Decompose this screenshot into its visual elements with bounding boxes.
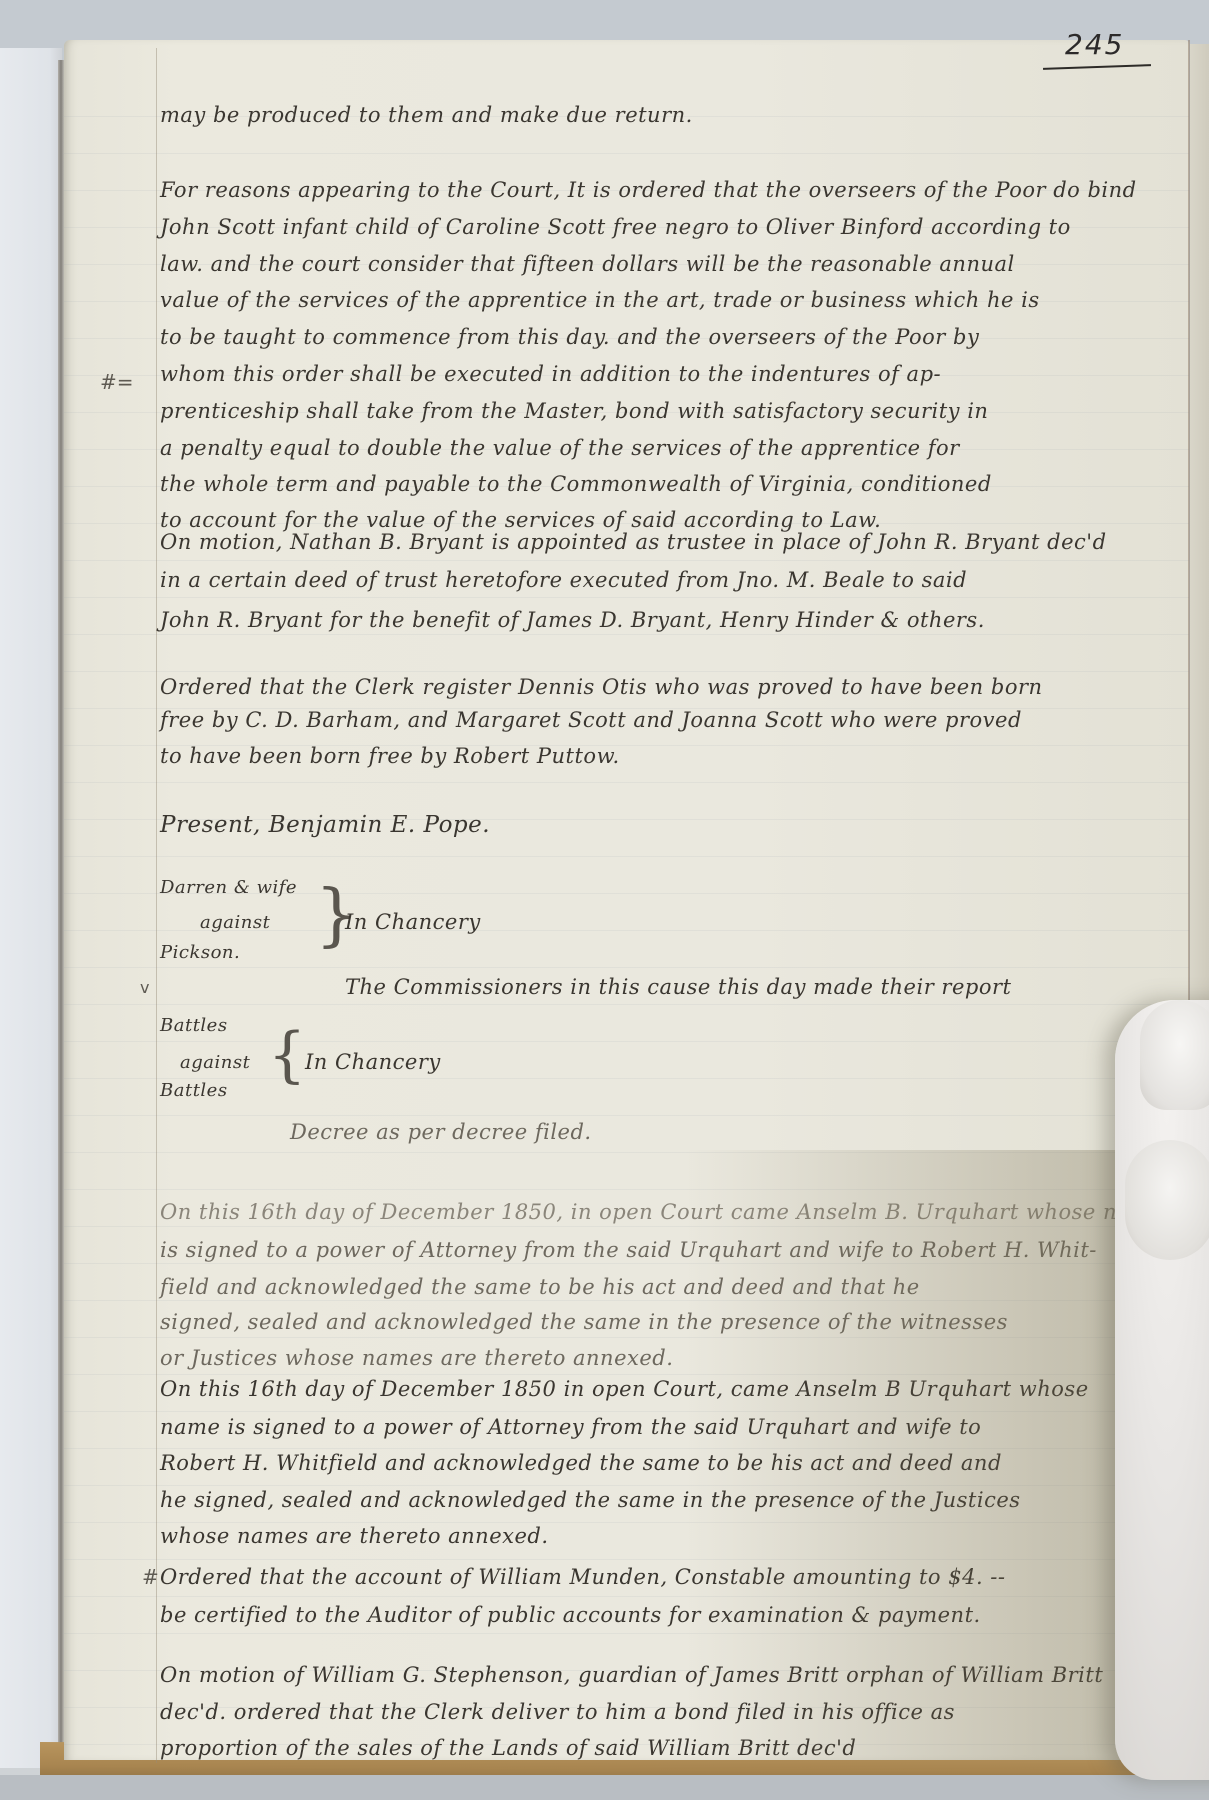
entry-britt-line: proportion of the sales of the Lands of … xyxy=(160,1736,856,1760)
case-plaintiff: Battles xyxy=(160,1015,228,1036)
page-number: 245 xyxy=(1065,28,1124,61)
entry-urquhart-1-line: or Justices whose names are thereto anne… xyxy=(160,1346,673,1370)
case-brace-icon: { xyxy=(268,1025,306,1085)
entry-urquhart-2-line: On this 16th day of December 1850 in ope… xyxy=(160,1377,1089,1401)
entry-apprentice-line: whom this order shall be executed in add… xyxy=(160,362,941,386)
entry-britt-line: On motion of William G. Stephenson, guar… xyxy=(160,1663,1103,1687)
case-court: In Chancery xyxy=(305,1050,441,1074)
margin-mark-hash: # xyxy=(142,1565,159,1589)
entry-register-line: free by C. D. Barham, and Margaret Scott… xyxy=(160,708,1022,732)
entry-trustee-line: in a certain deed of trust heretofore ex… xyxy=(160,568,967,592)
entry-apprentice-line: law. and the court consider that fifteen… xyxy=(160,252,1015,276)
entry-register-line: Ordered that the Clerk register Dennis O… xyxy=(160,675,1043,699)
entry-urquhart-1-line: is signed to a power of Attorney from th… xyxy=(160,1238,1097,1262)
case-defendant: Pickson. xyxy=(160,942,240,963)
entry-apprentice-line: value of the services of the apprentice … xyxy=(160,288,1040,312)
glove-fingertip xyxy=(1140,1000,1209,1110)
entry-urquhart-2-line: he signed, sealed and acknowledged the s… xyxy=(160,1488,1021,1512)
case-defendant: Battles xyxy=(160,1080,228,1101)
gloved-hand xyxy=(1115,1000,1209,1780)
entry-trustee-line: John R. Bryant for the benefit of James … xyxy=(160,608,985,632)
entry-apprentice-line: the whole term and payable to the Common… xyxy=(160,472,992,496)
case-versus: against xyxy=(180,1052,250,1073)
entry-darrow-line: The Commissioners in this cause this day… xyxy=(345,975,1011,999)
entry-apprentice-line: prenticeship shall take from the Master,… xyxy=(160,399,988,423)
entry-apprentice-line: For reasons appearing to the Court, It i… xyxy=(160,178,1137,202)
left-margin-rule xyxy=(156,48,157,1763)
entry-urquhart-2-line: name is signed to a power of Attorney fr… xyxy=(160,1415,981,1439)
entry-battles-line: Decree as per decree filed. xyxy=(290,1120,592,1144)
entry-trustee-line: On motion, Nathan B. Bryant is appointed… xyxy=(160,530,1107,554)
entry-apprentice-line: to be taught to commence from this day. … xyxy=(160,325,979,349)
entry-apprentice-line: a penalty equal to double the value of t… xyxy=(160,436,960,460)
case-plaintiff: Darren & wife xyxy=(160,877,297,898)
case-court: In Chancery xyxy=(345,910,481,934)
entry-continuation-line: may be produced to them and make due ret… xyxy=(160,103,693,127)
table-surface xyxy=(0,1775,1209,1800)
case-versus: against xyxy=(200,912,270,933)
entry-urquhart-1-line: On this 16th day of December 1850, in op… xyxy=(160,1200,1163,1224)
facing-page-edge xyxy=(0,48,62,1768)
entry-constable-line: Ordered that the account of William Mund… xyxy=(160,1565,1005,1589)
entry-apprentice-line: to account for the value of the services… xyxy=(160,508,881,532)
glove-knuckle xyxy=(1125,1140,1209,1260)
entry-britt-line: dec'd. ordered that the Clerk deliver to… xyxy=(160,1700,955,1724)
entry-urquhart-2-line: whose names are thereto annexed. xyxy=(160,1524,549,1548)
entry-present-line: Present, Benjamin E. Pope. xyxy=(160,812,490,838)
entry-constable-line: be certified to the Auditor of public ac… xyxy=(160,1603,981,1627)
margin-mark-check: v xyxy=(140,978,149,997)
entry-urquhart-1-line: signed, sealed and acknowledged the same… xyxy=(160,1310,1008,1334)
entry-register-line: to have been born free by Robert Puttow. xyxy=(160,744,620,768)
entry-urquhart-2-line: Robert H. Whitfield and acknowledged the… xyxy=(160,1451,1002,1475)
entry-urquhart-1-line: field and acknowledged the same to be hi… xyxy=(160,1275,920,1299)
margin-mark-hash: #= xyxy=(100,370,134,394)
entry-apprentice-line: John Scott infant child of Caroline Scot… xyxy=(160,215,1071,239)
